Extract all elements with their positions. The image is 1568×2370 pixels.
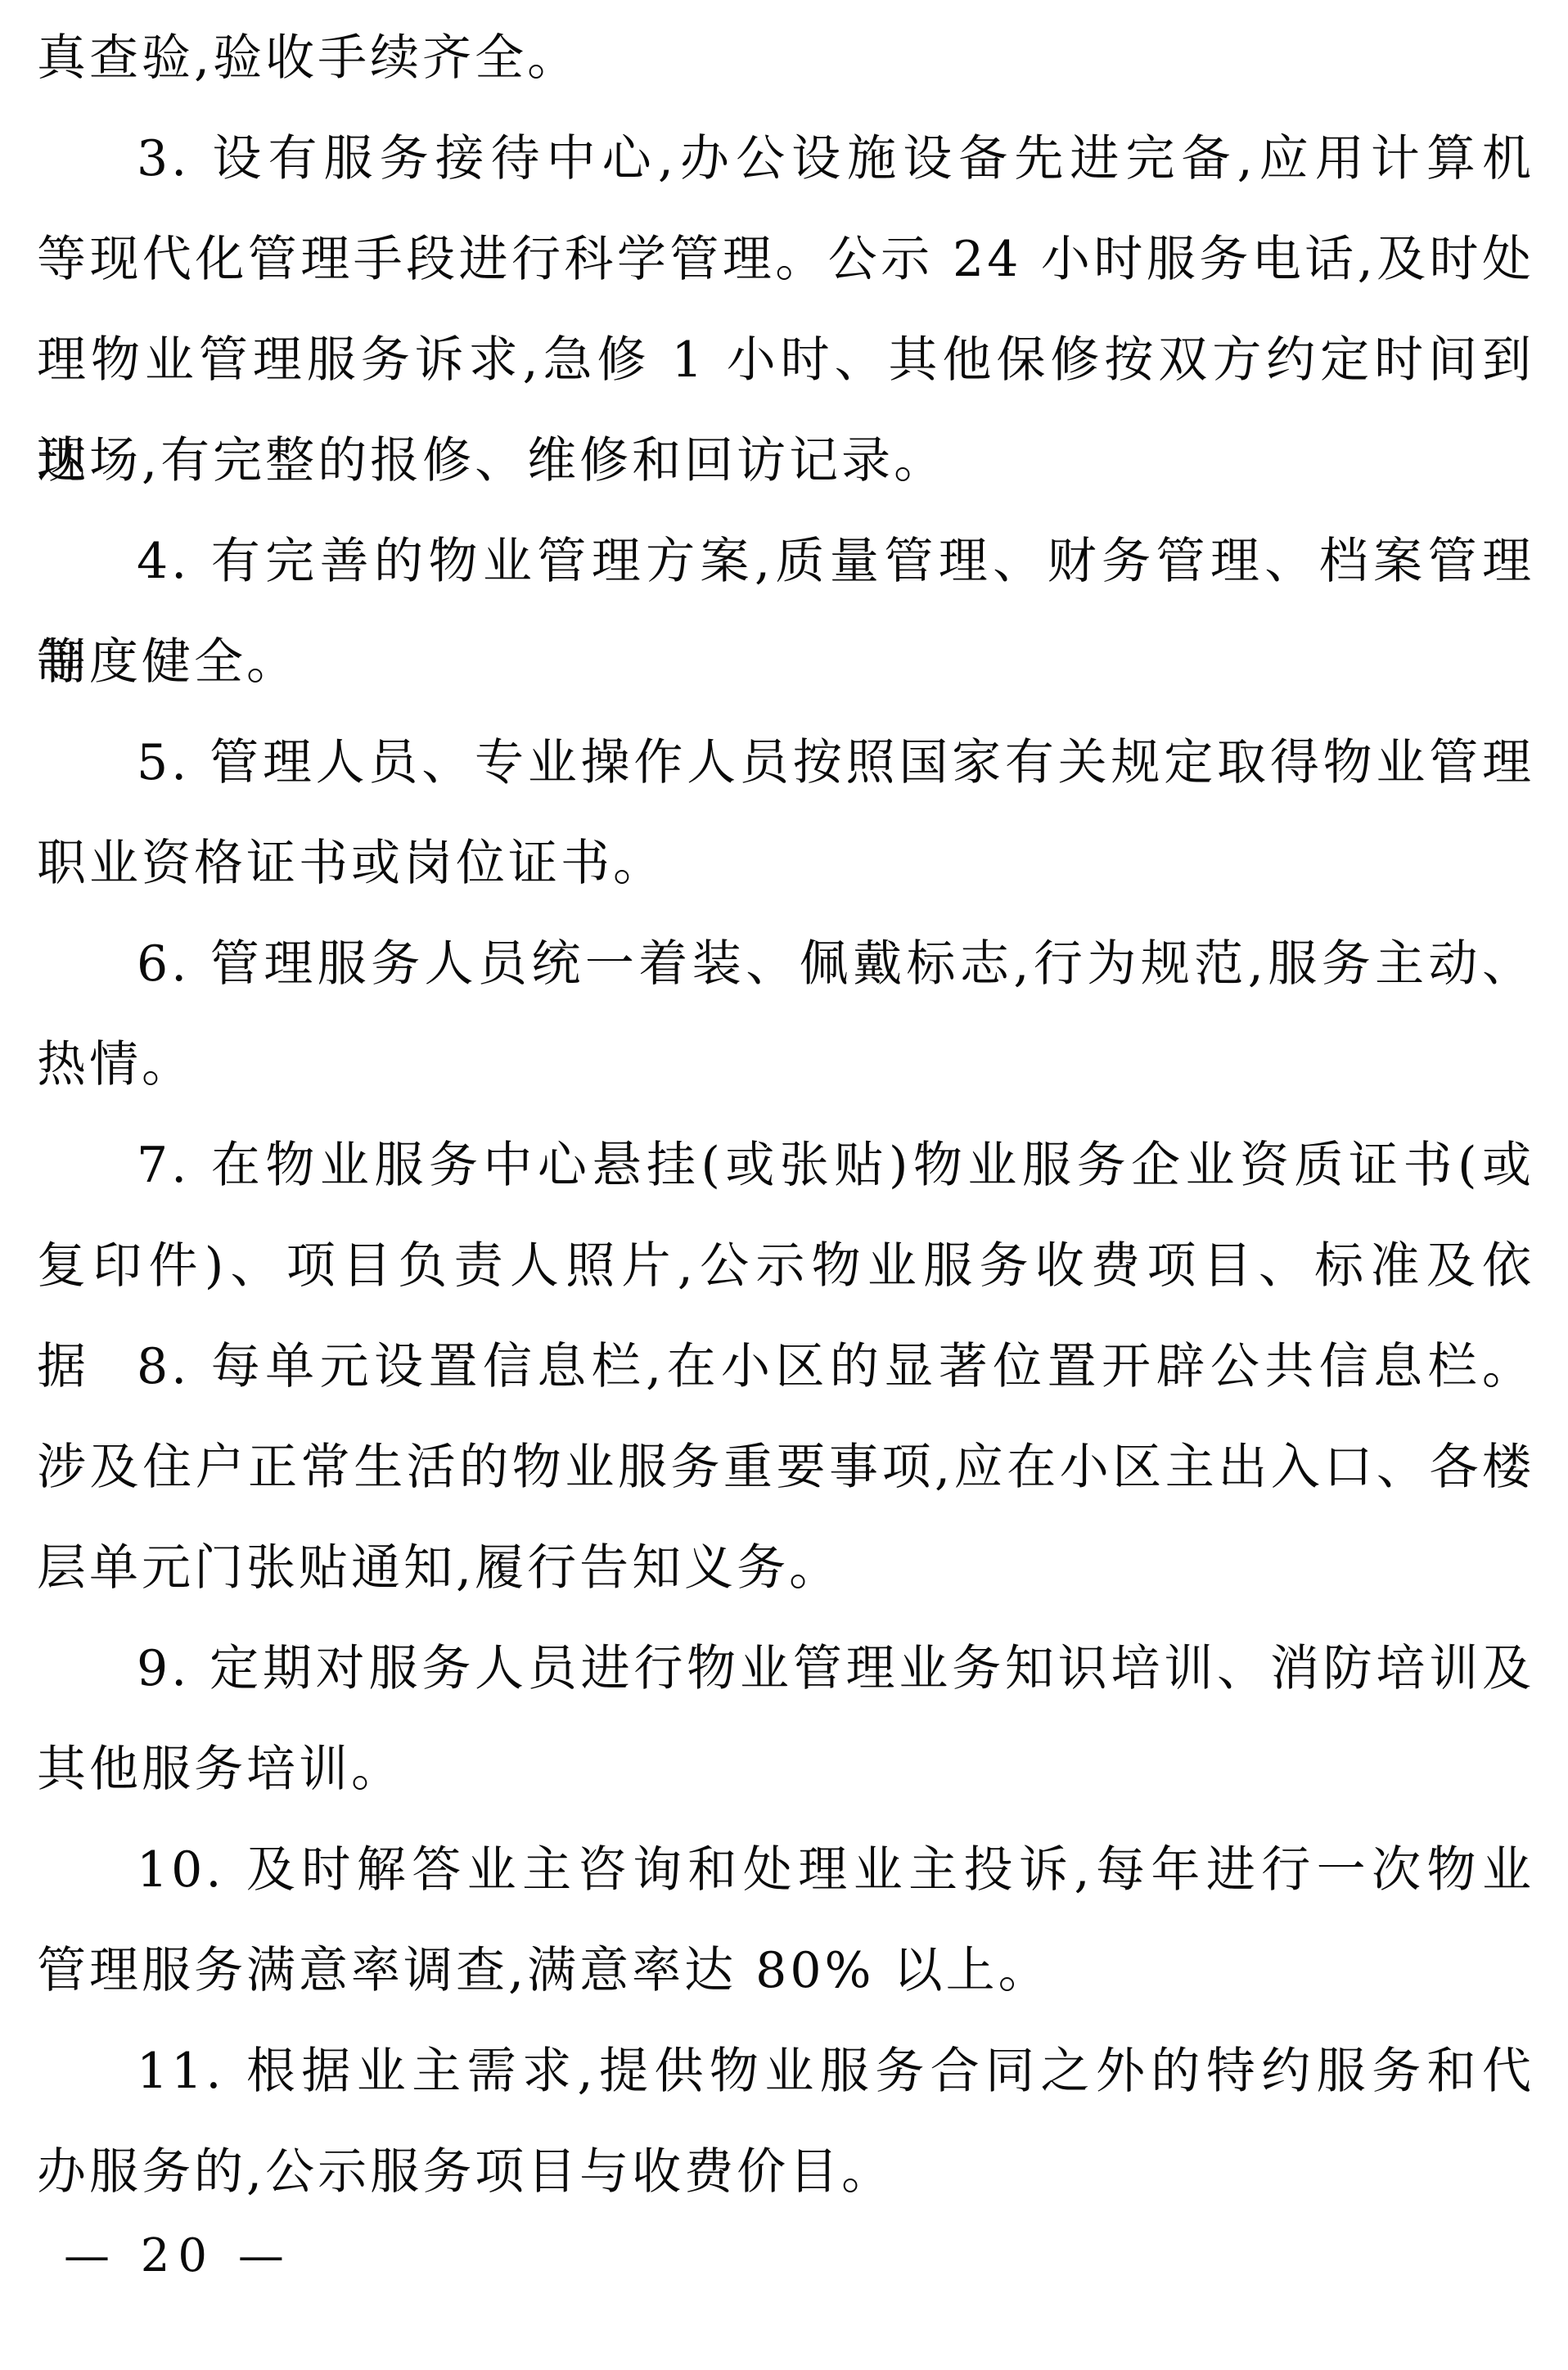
- text-line-paragraph-end: 制度健全。: [37, 612, 1534, 713]
- text-line-paragraph-end: 现场,有完整的报修、维修和回访记录。: [37, 411, 1534, 511]
- text-line-item-11: 11. 根据业主需求,提供物业服务合同之外的特约服务和代: [37, 2021, 1534, 2122]
- text-line-item-9: 9. 定期对服务人员进行物业管理业务知识培训、消防培训及: [37, 1619, 1534, 1719]
- text-line-paragraph-end: 办服务的,公示服务项目与收费价目。: [37, 2122, 1534, 2223]
- text-line-paragraph-end: 层单元门张贴通知,履行告知义务。: [37, 1518, 1534, 1619]
- text-line-item-3: 3. 设有服务接待中心,办公设施设备先进完备,应用计算机: [37, 109, 1534, 210]
- document-page: 真查验,验收手续齐全。 3. 设有服务接待中心,办公设施设备先进完备,应用计算机…: [0, 0, 1568, 2370]
- document-body: 真查验,验收手续齐全。 3. 设有服务接待中心,办公设施设备先进完备,应用计算机…: [37, 8, 1534, 2223]
- text-line-paragraph-end: 管理服务满意率调查,满意率达 80% 以上。: [37, 1921, 1534, 2021]
- text-line: 等现代化管理手段进行科学管理。公示 24 小时服务电话,及时处: [37, 210, 1534, 310]
- text-line: 理物业管理服务诉求,急修 1 小时、其他保修按双方约定时间到达: [37, 310, 1534, 411]
- text-line: 涉及住户正常生活的物业服务重要事项,应在小区主出入口、各楼: [37, 1417, 1534, 1518]
- text-line-paragraph-end: 复印件)、项目负责人照片,公示物业服务收费项目、标准及依据。: [37, 1216, 1534, 1317]
- text-line-item-8: 8. 每单元设置信息栏,在小区的显著位置开辟公共信息栏。: [37, 1317, 1534, 1417]
- page-number: — 20 —: [64, 2219, 292, 2293]
- text-line-paragraph-end: 其他服务培训。: [37, 1719, 1534, 1820]
- text-line-item-5: 5. 管理人员、专业操作人员按照国家有关规定取得物业管理: [37, 713, 1534, 813]
- text-line-item-7: 7. 在物业服务中心悬挂(或张贴)物业服务企业资质证书(或: [37, 1115, 1534, 1216]
- text-line-paragraph-end: 热情。: [37, 1015, 1534, 1115]
- text-line-item-10: 10. 及时解答业主咨询和处理业主投诉,每年进行一次物业: [37, 1820, 1534, 1921]
- text-line-paragraph-end: 职业资格证书或岗位证书。: [37, 813, 1534, 914]
- text-line-paragraph-end: 真查验,验收手续齐全。: [37, 8, 1534, 109]
- text-line-item-4: 4. 有完善的物业管理方案,质量管理、财务管理、档案管理等: [37, 511, 1534, 612]
- text-line-item-6: 6. 管理服务人员统一着装、佩戴标志,行为规范,服务主动、: [37, 914, 1534, 1015]
